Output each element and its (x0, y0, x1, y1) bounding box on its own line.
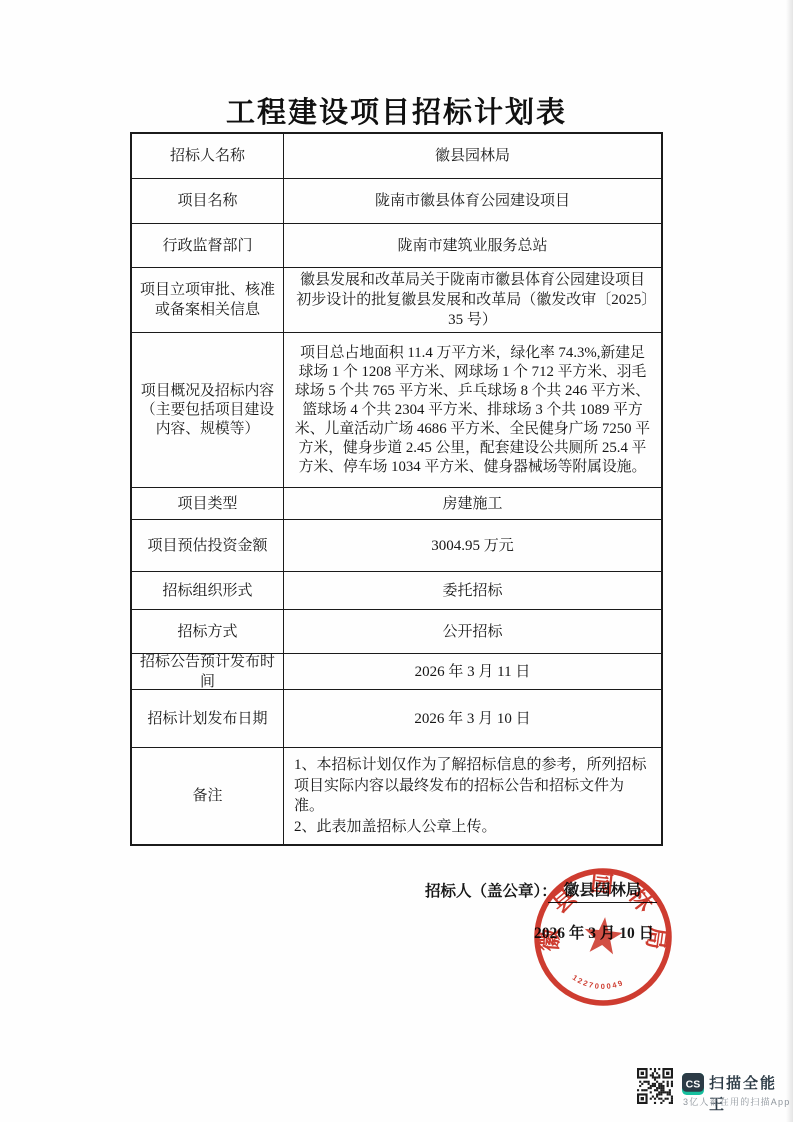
seal-ring-text: 徽县园林局 (536, 866, 675, 964)
row-value: 陇南市建筑业服务总站 (284, 224, 661, 267)
remark-line: 2、此表加盖招标人公章上传。 (294, 817, 497, 838)
row-label: 项目名称 (132, 179, 284, 223)
row-label: 项目预估投资金额 (132, 520, 284, 571)
row-label: 项目概况及招标内容（主要包括项目建设内容、规模等） (132, 333, 284, 487)
seal-star-icon (582, 915, 624, 955)
table-row-announcement-date: 招标公告预计发布时间 2026 年 3 月 11 日 (132, 654, 661, 690)
bidding-plan-table: 招标人名称 徽县园林局 项目名称 陇南市徽县体育公园建设项目 行政监督部门 陇南… (130, 132, 663, 846)
row-label: 招标公告预计发布时间 (132, 654, 284, 689)
row-value: 陇南市徽县体育公园建设项目 (284, 179, 661, 223)
table-row-remarks: 备注 1、本招标计划仅作为了解招标信息的参考，所列招标项目实际内容以最终发布的招… (132, 748, 661, 844)
row-value: 徽县发展和改革局关于陇南市徽县体育公园建设项目初步设计的批复徽县发展和改革局（徽… (284, 268, 661, 332)
watermark-tagline: 3亿人都在用的扫描App (683, 1095, 790, 1108)
row-label: 备注 (132, 748, 284, 844)
row-value: 1、本招标计划仅作为了解招标信息的参考，所列招标项目实际内容以最终发布的招标公告… (284, 748, 661, 844)
table-row-supervising-dept: 行政监督部门 陇南市建筑业服务总站 (132, 224, 661, 268)
svg-text:徽县园林局: 徽县园林局 (536, 866, 675, 964)
table-row-project-type: 项目类型 房建施工 (132, 488, 661, 520)
row-value: 3004.95 万元 (284, 520, 661, 571)
row-label: 招标人名称 (132, 134, 284, 178)
row-value: 徽县园林局 (284, 134, 661, 178)
row-label: 招标计划发布日期 (132, 690, 284, 747)
row-label: 招标组织形式 (132, 572, 284, 609)
table-row-plan-publish-date: 招标计划发布日期 2026 年 3 月 10 日 (132, 690, 661, 748)
qr-code (637, 1068, 673, 1104)
table-row-bid-organization-form: 招标组织形式 委托招标 (132, 572, 661, 610)
row-value: 房建施工 (284, 488, 661, 519)
row-label: 招标方式 (132, 610, 284, 653)
row-value: 公开招标 (284, 610, 661, 653)
document-title: 工程建设项目招标计划表 (0, 90, 793, 131)
row-value: 2026 年 3 月 11 日 (284, 654, 661, 689)
table-row-approval-info: 项目立项审批、核准或备案相关信息 徽县发展和改革局关于陇南市徽县体育公园建设项目… (132, 268, 661, 333)
table-row-bid-method: 招标方式 公开招标 (132, 610, 661, 654)
remark-line: 1、本招标计划仅作为了解招标信息的参考，所列招标项目实际内容以最终发布的招标公告… (294, 755, 652, 817)
camscanner-logo-icon: CS (682, 1073, 704, 1095)
scanned-document-page: 工程建设项目招标计划表 招标人名称 徽县园林局 项目名称 陇南市徽县体育公园建设… (0, 0, 793, 1122)
row-value: 项目总占地面积 11.4 万平方米，绿化率 74.3%,新建足球场 1 个 12… (284, 333, 661, 487)
official-red-seal: 徽县园林局 0212270004908 (521, 855, 686, 1020)
table-row-estimated-investment: 项目预估投资金额 3004.95 万元 (132, 520, 661, 572)
row-label: 项目类型 (132, 488, 284, 519)
row-label: 项目立项审批、核准或备案相关信息 (132, 268, 284, 332)
scan-edge-shadow (786, 0, 793, 1122)
row-value: 2026 年 3 月 10 日 (284, 690, 661, 747)
row-value: 委托招标 (284, 572, 661, 609)
row-label: 行政监督部门 (132, 224, 284, 267)
logo-letters: CS (686, 1079, 701, 1091)
table-row-project-name: 项目名称 陇南市徽县体育公园建设项目 (132, 179, 661, 224)
table-row-bidder-name: 招标人名称 徽县园林局 (132, 134, 661, 179)
table-row-project-overview: 项目概况及招标内容（主要包括项目建设内容、规模等） 项目总占地面积 11.4 万… (132, 333, 661, 488)
